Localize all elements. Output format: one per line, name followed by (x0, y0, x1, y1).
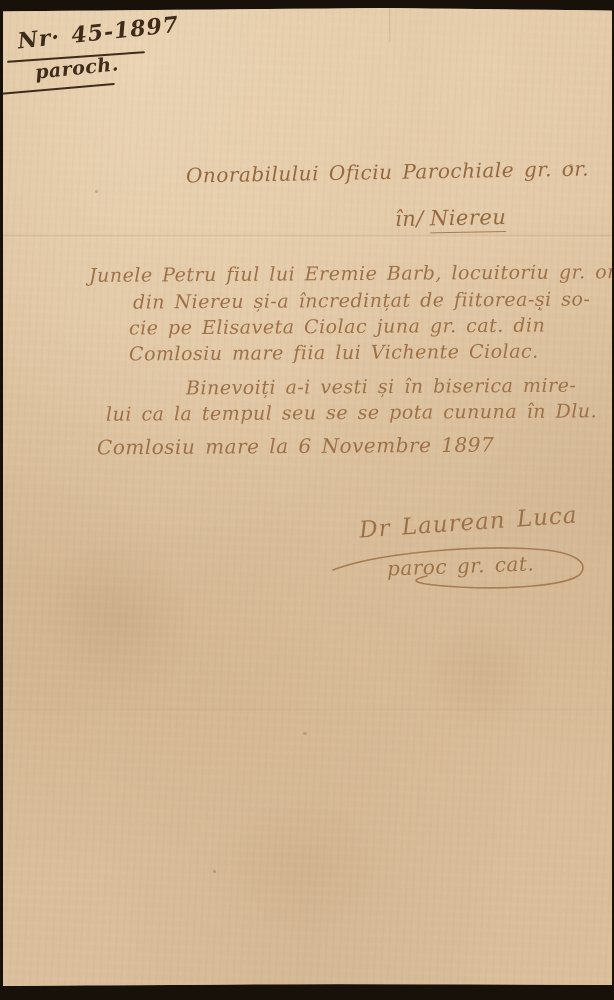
body-line: Binevoiți a-i vesti și în biserica mire- (186, 375, 576, 400)
age-stain (43, 528, 193, 708)
age-stain (203, 798, 403, 938)
fold-crease-vertical (389, 8, 392, 42)
fold-crease-horizontal (3, 234, 612, 238)
signature-name: Dr Laurean Luca (358, 502, 578, 543)
address-line: Onorabilului Oficiu Parochiale gr. or. (186, 156, 589, 187)
registry-number: Nr· 45-1897 (16, 12, 180, 55)
body-line: Junele Petru fiul lui Eremie Barb, locui… (89, 261, 614, 287)
scan-backdrop: Nr· 45-1897 paroch. Onorabilului Oficiu … (0, 0, 614, 1000)
paper-sheet: Nr· 45-1897 paroch. Onorabilului Oficiu … (3, 8, 612, 987)
age-stain (423, 608, 543, 748)
signature-title: paroc gr. cat. (387, 551, 535, 580)
address-place-line: în/Niereu (395, 205, 507, 231)
address-place: Niereu (430, 205, 507, 233)
dateline: Comlosiu mare la 6 Novembre 1897 (97, 433, 494, 460)
body-line: cie pe Elisaveta Ciolac juna gr. cat. di… (129, 315, 545, 340)
foxing-speck (303, 732, 307, 735)
body-line: lui ca la tempul seu se se pota cununa î… (106, 400, 597, 425)
registry-department: paroch. (34, 46, 183, 83)
foxing-speck (213, 870, 216, 873)
registry-annotation: Nr· 45-1897 paroch. (16, 12, 183, 86)
body-line: Comlosiu mare fiia lui Vichente Ciolac. (129, 341, 539, 366)
address-place-prefix: în/ (395, 206, 424, 230)
body-line: din Niereu și-a încredințat de fiitorea-… (133, 288, 590, 313)
foxing-speck (95, 190, 98, 193)
fold-crease-horizontal-lower (3, 708, 612, 712)
registry-underline (0, 83, 115, 95)
paper-grain (3, 8, 612, 987)
